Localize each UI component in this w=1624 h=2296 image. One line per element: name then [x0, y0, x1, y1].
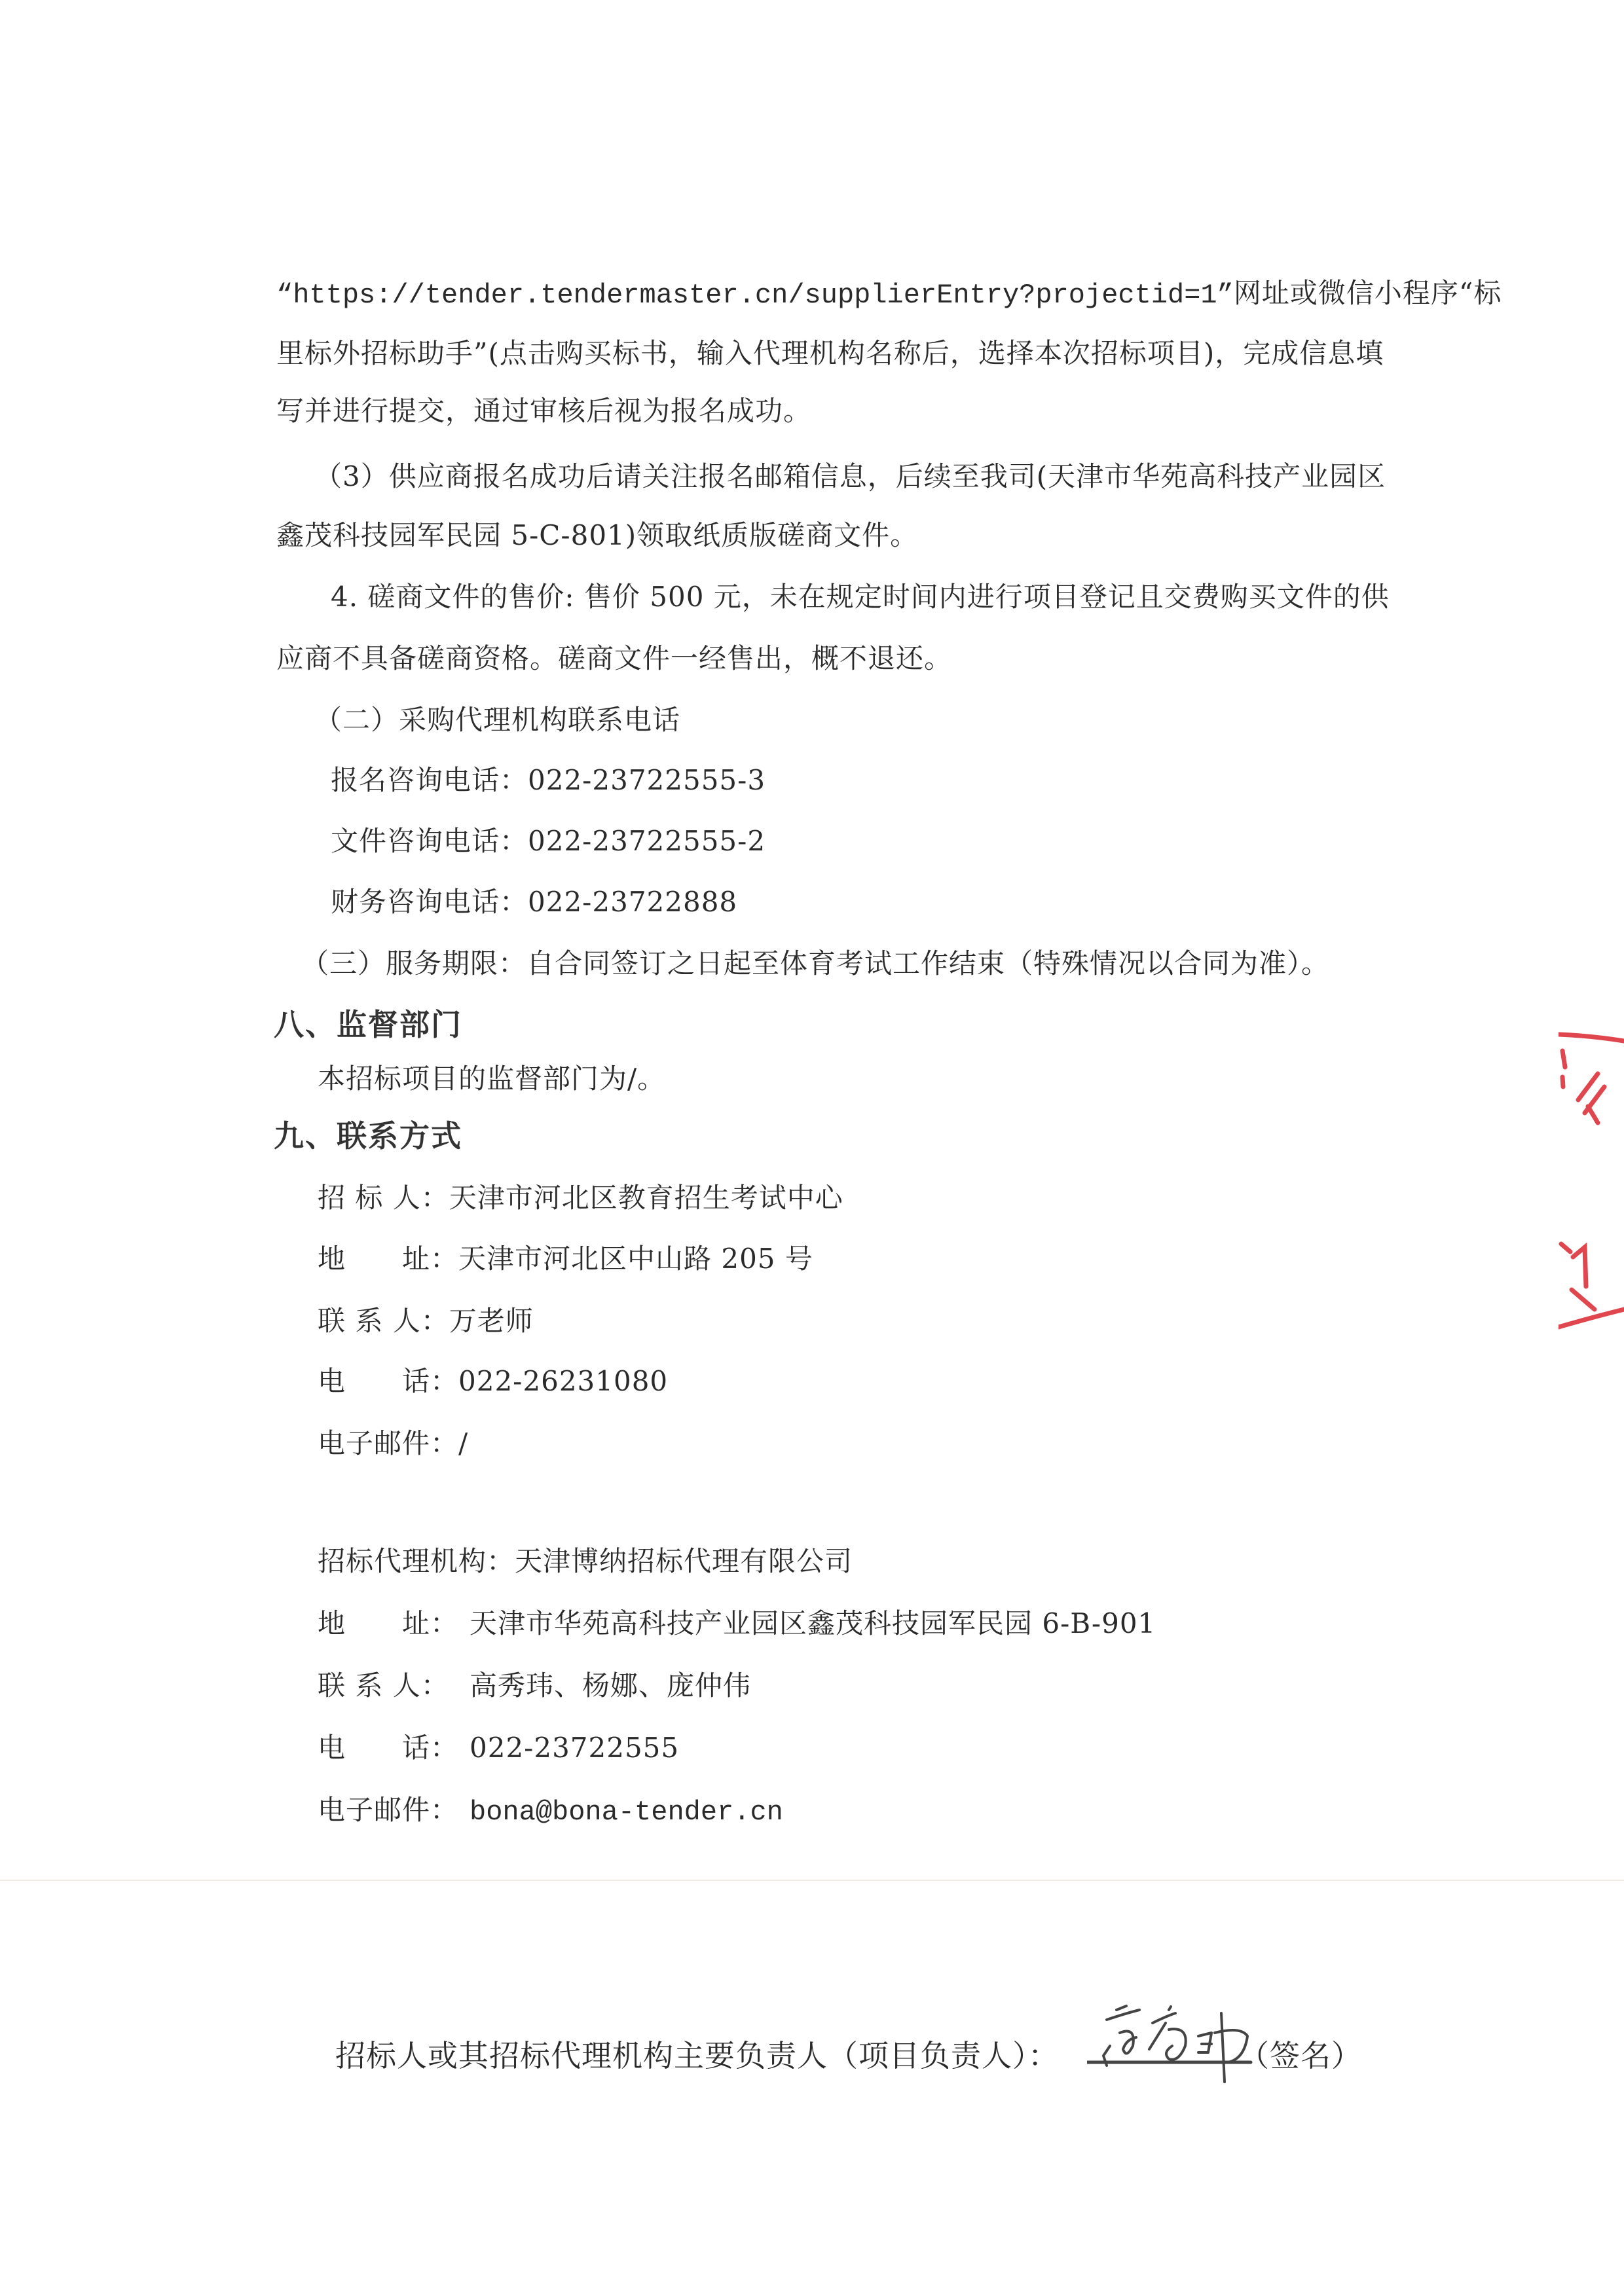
- field-label: 联 系 人：: [318, 1303, 449, 1339]
- agency-phones-title: （二）采购代理机构联系电话: [314, 702, 680, 738]
- field-value: bona@bona-tender.cn: [470, 1796, 783, 1828]
- tenderer-name-row: 招 标 人：天津市河北区教育招生考试中心: [318, 1180, 843, 1216]
- field-value: 高秀玮、杨娜、庞仲伟: [470, 1669, 751, 1702]
- tenderer-contact-row: 联 系 人：万老师: [318, 1303, 534, 1339]
- field-label: 地 址：: [318, 1605, 470, 1642]
- field-label: 电 话：: [318, 1730, 470, 1766]
- red-seal-stamp-icon: [1559, 1021, 1624, 1336]
- item-4-line-2: 应商不具备磋商资格。磋商文件一经售出，概不退还。: [276, 640, 952, 677]
- handwritten-signature: [1087, 1997, 1257, 2095]
- field-value: 022-23722555: [470, 1732, 679, 1764]
- field-label: 电 话：: [318, 1363, 458, 1400]
- phone-documents: 文件咨询电话：022-23722555-2: [331, 823, 766, 860]
- phone-label: 文件咨询电话：: [331, 823, 528, 860]
- supplier-entry-url: “https://tender.tendermaster.cn/supplier…: [276, 280, 1234, 311]
- agency-contact-row: 联 系 人：高秀玮、杨娜、庞仲伟: [318, 1667, 751, 1704]
- field-value: /: [458, 1427, 468, 1459]
- phone-label: 财务咨询电话：: [331, 884, 528, 920]
- field-label: 电子邮件：: [318, 1425, 458, 1462]
- agency-phone-row: 电 话：022-23722555: [318, 1730, 679, 1766]
- registration-line-3: 写并进行提交，通过审核后视为报名成功。: [276, 393, 811, 429]
- section-9-heading: 九、联系方式: [274, 1116, 462, 1156]
- field-label: 招标代理机构：: [318, 1543, 515, 1580]
- phone-value: 022-23722555-2: [528, 825, 766, 857]
- field-label: 招 标 人：: [318, 1180, 449, 1216]
- item-3-line-2: 鑫茂科技园军民园 5-C-801)领取纸质版磋商文件。: [276, 517, 918, 554]
- tenderer-phone-row: 电 话：022-26231080: [318, 1363, 668, 1400]
- url-line-rest: 网址或微信小程序“标: [1234, 277, 1502, 309]
- field-value: 万老师: [449, 1305, 534, 1337]
- field-label: 地 址：: [318, 1241, 458, 1277]
- url-line: “https://tender.tendermaster.cn/supplier…: [276, 275, 1502, 314]
- field-value: 天津市华苑高科技产业园区鑫茂科技园军民园 6-B-901: [470, 1607, 1156, 1639]
- phone-registration: 报名咨询电话：022-23722555-3: [331, 762, 766, 799]
- field-label: 联 系 人：: [318, 1667, 470, 1704]
- field-value: 天津市河北区中山路 205 号: [458, 1243, 813, 1275]
- phone-value: 022-23722888: [528, 886, 737, 918]
- phone-label: 报名咨询电话：: [331, 762, 528, 799]
- signature-suffix: （签名）: [1239, 2038, 1362, 2073]
- registration-line-2: 里标外招标助手”(点击购买标书，输入代理机构名称后，选择本次招标项目)，完成信息…: [276, 335, 1384, 372]
- item-3-line-1: （3）供应商报名成功后请关注报名邮箱信息，后续至我司(天津市华苑高科技产业园区: [314, 458, 1386, 495]
- field-value: 022-26231080: [458, 1365, 668, 1397]
- agency-address-row: 地 址：天津市华苑高科技产业园区鑫茂科技园军民园 6-B-901: [318, 1605, 1156, 1642]
- service-period: （三）服务期限：自合同签订之日起至体育考试工作结束（特殊情况以合同为准）。: [301, 945, 1329, 982]
- field-value: 天津市河北区教育招生考试中心: [449, 1182, 843, 1214]
- agency-email-row: 电子邮件：bona@bona-tender.cn: [318, 1792, 783, 1831]
- item-4-line-1: 4. 磋商文件的售价: 售价 500 元，未在规定时间内进行项目登记且交费购买文…: [331, 579, 1390, 615]
- agency-name-row: 招标代理机构：天津博纳招标代理有限公司: [318, 1543, 853, 1580]
- phone-finance: 财务咨询电话：022-23722888: [331, 884, 737, 920]
- phone-value: 022-23722555-3: [528, 764, 766, 796]
- signature-label: 招标人或其招标代理机构主要负责人（项目负责人）：: [335, 2038, 1059, 2073]
- section-8-text: 本招标项目的监督部门为/。: [318, 1061, 665, 1097]
- field-value: 天津博纳招标代理有限公司: [515, 1545, 853, 1577]
- section-8-heading: 八、监督部门: [274, 1005, 462, 1044]
- tenderer-address-row: 地 址：天津市河北区中山路 205 号: [318, 1241, 813, 1277]
- scan-fold-line: [0, 1880, 1624, 1881]
- tenderer-email-row: 电子邮件：/: [318, 1425, 468, 1462]
- field-label: 电子邮件：: [318, 1792, 470, 1829]
